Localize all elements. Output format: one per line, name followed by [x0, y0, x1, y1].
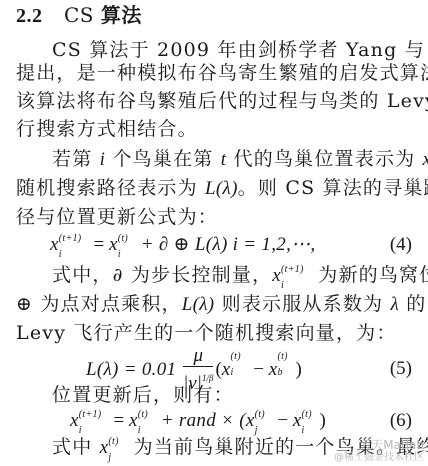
x: x	[269, 359, 278, 380]
text: 代的鸟巢位置表示为	[226, 148, 422, 170]
x: x	[109, 234, 118, 255]
x-i: x(t)i	[222, 359, 249, 380]
var-L-lambda: L(λ)	[182, 294, 215, 315]
sub-sup: (t)j	[108, 437, 126, 457]
paragraph-4-line-1: 位置更新后，则有：	[52, 382, 412, 408]
text: 式中	[52, 436, 100, 458]
sub-sup: (t)j	[255, 410, 273, 430]
superscript: (t+1)	[79, 402, 102, 428]
paragraph-1-line-1: CS 算法于 2009 年由剑桥学者 Yang 与 Deb[13]	[52, 32, 412, 63]
text: 式中，∂ 为步长控制量，	[52, 264, 272, 286]
text: 若第	[52, 148, 100, 170]
text: CS 算法于 2009 年由剑桥学者 Yang 与 Deb	[52, 39, 428, 61]
paragraph-2-line-1: 若第 i 个鸟巢在第 t 代的鸟巢位置表示为 x(t)i；	[52, 146, 412, 173]
x-b: x(t)b	[269, 359, 296, 380]
paragraph-2-line-2: 随机搜索路径表示为 L(λ)。则 CS 算法的寻巢路	[16, 175, 412, 202]
x-i: x(t)i	[129, 410, 156, 431]
section-title-latin: CS	[64, 3, 94, 27]
var-lambda: λ	[391, 294, 400, 315]
paragraph-3-line-3: Levy 飞行产生的一个随机搜索向量，为：	[16, 320, 412, 346]
paren: )	[320, 410, 326, 431]
x: x	[272, 265, 281, 286]
text: 随机搜索路径表示为	[16, 177, 205, 199]
paragraph-1-line-4: 行搜索方式相结合。	[16, 116, 412, 142]
sub-sup: (t)b	[277, 355, 295, 375]
numerator: μ	[183, 346, 213, 367]
watermark: 天天Matlab @稀土掘金技术社区	[334, 438, 424, 464]
watermark-line-2: @稀土掘金技术社区	[334, 452, 424, 464]
sub-sup: (t)i	[138, 410, 156, 430]
minus: −	[249, 359, 269, 380]
text: 则表示服从系数为	[214, 293, 390, 315]
x-j: x(t)j	[246, 410, 273, 431]
section-heading: 2.2 CS 算法	[16, 2, 412, 29]
x: x	[70, 410, 79, 431]
sub-sup: (t)i	[302, 410, 320, 430]
var-L-lambda: L(λ)	[205, 178, 238, 199]
paper-page: 2.2 CS 算法 CS 算法于 2009 年由剑桥学者 Yang 与 Deb[…	[0, 0, 428, 466]
equation-number: (4)	[390, 232, 412, 258]
section-title: CS 算法	[64, 3, 142, 27]
eq6-lhs: x(t+1)i	[70, 410, 109, 431]
section-number: 2.2	[16, 5, 43, 27]
text: ⊕ 为点对点乘积，	[16, 293, 182, 315]
subscript: i	[231, 367, 234, 379]
sub-sup: (t)i	[118, 234, 136, 254]
equation-number: (6)	[390, 408, 412, 434]
eq4-rest: + ∂ ⊕ L(λ) i = 1,2,⋯,	[136, 234, 316, 255]
subscript: j	[108, 445, 111, 466]
eq6-mid: + rand × (	[156, 410, 246, 431]
superscript: (t)	[277, 351, 287, 363]
x: x	[293, 410, 302, 431]
watermark-line-1: 天天Matlab	[334, 438, 424, 452]
x: x	[222, 359, 231, 380]
paragraph-1-line-2: 提出，是一种模拟布谷鸟寄生繁殖的启发式算法。	[16, 60, 412, 86]
equation-4: x(t+1)i = x(t)i + ∂ ⊕ L(λ) i = 1,2,⋯, (4…	[50, 232, 412, 258]
text: 的	[399, 293, 426, 315]
equals: =	[89, 234, 109, 255]
superscript: (t)	[231, 351, 241, 363]
x-i: x(t)i	[293, 410, 320, 431]
var-x-i-t: x(t)i	[423, 149, 428, 170]
x: x	[246, 410, 255, 431]
x: x	[423, 149, 428, 170]
x: x	[129, 410, 138, 431]
minus: −	[273, 410, 293, 431]
eq4-lhs: x(t+1)i	[50, 234, 89, 255]
equation-6: x(t+1)i = x(t)i + rand × (x(t)j − x(t)i)…	[70, 408, 412, 434]
text: 为新的鸟窝位置，	[311, 264, 428, 286]
superscript: (t+1)	[281, 257, 304, 283]
eq5-lhs: L(λ) = 0.01	[86, 359, 176, 380]
paragraph-3-line-1: 式中，∂ 为步长控制量，x(t+1)i 为新的鸟窝位置，	[52, 262, 412, 289]
paren: )	[295, 359, 301, 380]
sub-sup: (t+1)i	[281, 265, 311, 285]
eq4-rhs-x: x(t)i	[109, 234, 136, 255]
paragraph-1-line-3: 该算法将布谷鸟繁殖后代的过程与鸟类的 Levy 飞	[16, 88, 412, 114]
sub-sup: (t)i	[231, 355, 249, 375]
subscript: b	[277, 367, 282, 379]
sub-sup: (t+1)i	[59, 234, 89, 254]
sub-sup: (t+1)i	[79, 410, 109, 430]
text: 。则 CS 算法的寻巢路	[238, 177, 428, 199]
superscript: (t+1)	[59, 226, 82, 252]
var-x-i-t1: x(t+1)i	[272, 265, 311, 286]
var-x-j-t: x(t)j	[100, 437, 127, 458]
equals: =	[109, 410, 129, 431]
paragraph-3-line-2: ⊕ 为点对点乘积，L(λ) 则表示服从系数为 λ 的	[16, 291, 412, 318]
text: 个鸟巢在第	[105, 148, 220, 170]
x: x	[50, 234, 59, 255]
section-title-cjk: 算法	[101, 3, 142, 27]
